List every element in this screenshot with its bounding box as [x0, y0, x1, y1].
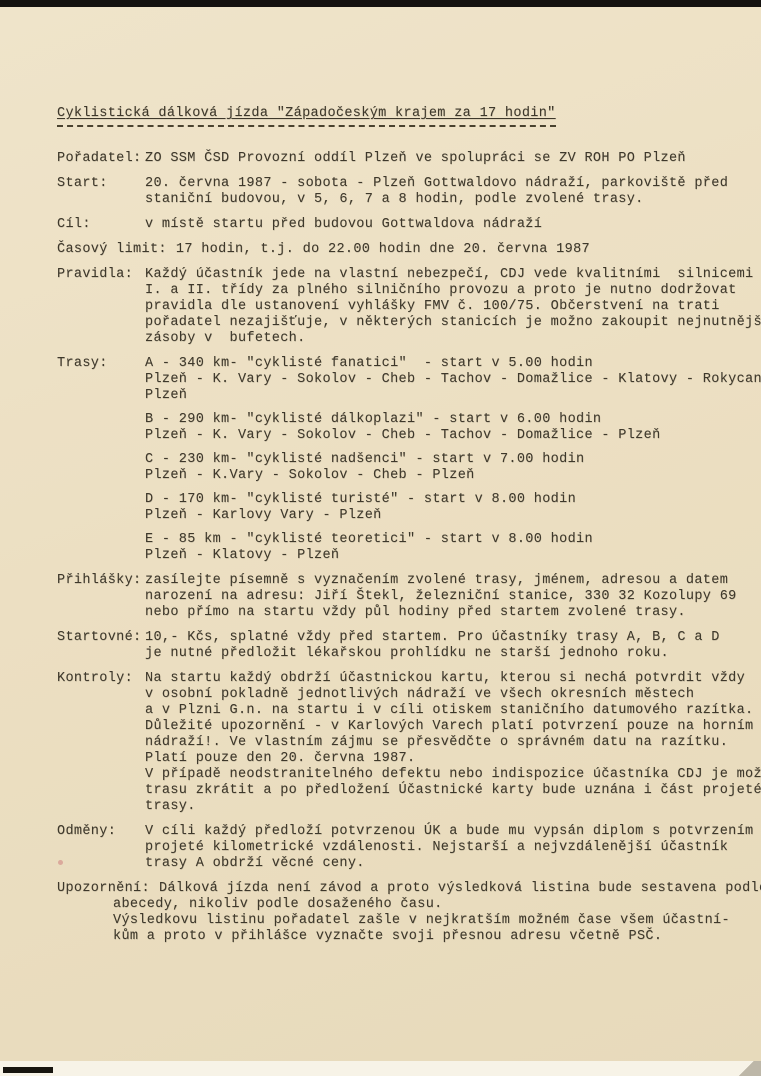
text-line: projeté kilometrické vzdálenosti. Nejsta…: [145, 840, 754, 856]
section-startovne: Startovné: 10,- Kčs, splatné vždy před s…: [57, 630, 725, 662]
section-kontroly: Kontroly: Na startu každý obdrží účastni…: [57, 671, 725, 815]
scanned-document-page: Cyklistická dálková jízda "Západočeským …: [57, 106, 725, 954]
text-line: I. a II. třídy za plného silničního prov…: [145, 283, 761, 299]
section-content-start: 20. června 1987 - sobota - Plzeň Gottwal…: [145, 176, 728, 208]
route-b-heading: B - 290 km- "cyklisté dálkoplazi" - star…: [145, 412, 761, 428]
route-c: C - 230 km- "cyklisté nadšenci" - start …: [145, 452, 761, 484]
route-e-heading: E - 85 km - "cyklisté teoretici" - start…: [145, 532, 761, 548]
section-content-trasy: A - 340 km- "cyklisté fanatici" - start …: [145, 356, 761, 564]
route-a-itinerary: Plzeň - K. Vary - Sokolov - Cheb - Tacho…: [145, 372, 761, 388]
text-line: V cíli každý předloží potvrzenou ÚK a bu…: [145, 824, 754, 840]
section-label-pravidla: Pravidla:: [57, 267, 145, 347]
text-line: Důležité upozornění - v Karlových Varech…: [145, 719, 761, 735]
text-line: zasílejte písemně s vyznačením zvolené t…: [145, 573, 737, 589]
section-content-kontroly: Na startu každý obdrží účastnickou kartu…: [145, 671, 761, 815]
section-label-kontroly: Kontroly:: [57, 671, 145, 815]
route-b: B - 290 km- "cyklisté dálkoplazi" - star…: [145, 412, 761, 444]
text-line: je nutné předložit lékařskou prohlídku n…: [145, 646, 725, 662]
text-line: 20. června 1987 - sobota - Plzeň Gottwal…: [145, 176, 728, 192]
route-a-itinerary-end: Plzeň: [145, 388, 761, 404]
section-cil: Cíl: v místě startu před budovou Gottwal…: [57, 217, 725, 233]
route-d: D - 170 km- "cyklisté turisté" - start v…: [145, 492, 761, 524]
route-d-heading: D - 170 km- "cyklisté turisté" - start v…: [145, 492, 761, 508]
section-prihlasky: Přihlášky: zasílejte písemně s vyznačení…: [57, 573, 725, 621]
text-line: nebo přímo na startu vždy půl hodiny pře…: [145, 605, 737, 621]
text-line: a v Plzni G.n. na startu i v cíli otiske…: [145, 703, 761, 719]
document-title: Cyklistická dálková jízda "Západočeským …: [57, 106, 556, 127]
route-a-heading: A - 340 km- "cyklisté fanatici" - start …: [145, 356, 761, 372]
route-b-itinerary: Plzeň - K. Vary - Sokolov - Cheb - Tacho…: [145, 428, 761, 444]
text-line: ZO SSM ČSD Provozní oddíl Plzeň ve spolu…: [145, 151, 725, 167]
text-line: nádraží!. Ve vlastním zájmu se přesvědčt…: [145, 735, 761, 751]
section-label-poradatel: Pořadatel:: [57, 151, 145, 167]
section-content-upozorneni: abecedy, nikoliv podle dosaženého času. …: [113, 897, 725, 945]
upozorneni-first-line: Dálková jízda není závod a proto výsledk…: [159, 881, 761, 896]
section-label-trasy: Trasy:: [57, 356, 145, 564]
section-content-pravidla: Každý účastník jede na vlastní nebezpečí…: [145, 267, 761, 347]
text-line: staniční budovou, v 5, 6, 7 a 8 hodin, p…: [145, 192, 728, 208]
section-label-start: Start:: [57, 176, 145, 208]
section-odmeny: Odměny: V cíli každý předloží potvrzenou…: [57, 824, 725, 872]
text-line: Upozornění:Dálková jízda není závod a pr…: [57, 881, 725, 897]
text-line: trasy.: [145, 799, 761, 815]
scan-edge-top: [0, 0, 761, 7]
route-c-heading: C - 230 km- "cyklisté nadšenci" - start …: [145, 452, 761, 468]
text-line: V případě neodstranitelného defektu nebo…: [145, 767, 761, 783]
route-c-itinerary: Plzeň - K.Vary - Sokolov - Cheb - Plzeň: [145, 468, 761, 484]
text-line: v místě startu před budovou Gottwaldova …: [145, 217, 725, 233]
section-content-cil: v místě startu před budovou Gottwaldova …: [145, 217, 725, 233]
casovy-limit-text: 17 hodin, t.j. do 22.00 hodin dne 20. če…: [176, 242, 590, 257]
section-label-prihlasky: Přihlášky:: [57, 573, 145, 621]
section-pravidla: Pravidla: Každý účastník jede na vlastní…: [57, 267, 725, 347]
route-d-itinerary: Plzeň - Karlovy Vary - Plzeň: [145, 508, 761, 524]
text-line: Platí pouze den 20. června 1987.: [145, 751, 761, 767]
section-trasy: Trasy: A - 340 km- "cyklisté fanatici" -…: [57, 356, 725, 564]
text-line: Každý účastník jede na vlastní nebezpečí…: [145, 267, 761, 283]
text-line: zásoby v bufetech.: [145, 331, 761, 347]
section-poradatel: Pořadatel: ZO SSM ČSD Provozní oddíl Plz…: [57, 151, 725, 167]
scan-strip-bottom: [0, 1061, 761, 1076]
section-content-poradatel: ZO SSM ČSD Provozní oddíl Plzeň ve spolu…: [145, 151, 725, 167]
section-label-odmeny: Odměny:: [57, 824, 145, 872]
text-line: kům a proto v přihlášce vyznačte svoji p…: [113, 929, 725, 945]
route-e: E - 85 km - "cyklisté teoretici" - start…: [145, 532, 761, 564]
text-line: pravidla dle ustanovení vyhlášky FMV č. …: [145, 299, 761, 315]
text-line: trasu zkrátit a po předložení Účastnické…: [145, 783, 761, 799]
route-e-itinerary: Plzeň - Klatovy - Plzeň: [145, 548, 761, 564]
scan-corner-bottom-right: [727, 1061, 761, 1076]
text-line: Výsledkovu listinu pořadatel zašle v nej…: [113, 913, 725, 929]
text-line: pořadatel nezajišťuje, v některých stani…: [145, 315, 761, 331]
section-start: Start: 20. června 1987 - sobota - Plzeň …: [57, 176, 725, 208]
text-line: abecedy, nikoliv podle dosaženého času.: [113, 897, 725, 913]
text-line: trasy A obdrží věcné ceny.: [145, 856, 754, 872]
text-line: Časový limit:17 hodin, t.j. do 22.00 hod…: [57, 242, 725, 258]
section-label-upozorneni: Upozornění:: [57, 881, 150, 896]
section-content-odmeny: V cíli každý předloží potvrzenou ÚK a bu…: [145, 824, 754, 872]
text-line: v osobní pokladně jednotlivých nádraží v…: [145, 687, 761, 703]
text-line: 10,- Kčs, splatné vždy před startem. Pro…: [145, 630, 725, 646]
scan-mark-bottom-left: [3, 1067, 53, 1073]
section-content-startovne: 10,- Kčs, splatné vždy před startem. Pro…: [145, 630, 725, 662]
section-label-casovy-limit: Časový limit:: [57, 242, 167, 257]
route-a: A - 340 km- "cyklisté fanatici" - start …: [145, 356, 761, 404]
text-line: Na startu každý obdrží účastnickou kartu…: [145, 671, 761, 687]
text-line: narození na adresu: Jiří Štekl, železnič…: [145, 589, 737, 605]
section-label-cil: Cíl:: [57, 217, 145, 233]
section-content-prihlasky: zasílejte písemně s vyznačením zvolené t…: [145, 573, 737, 621]
section-casovy-limit: Časový limit:17 hodin, t.j. do 22.00 hod…: [57, 242, 725, 258]
section-label-startovne: Startovné:: [57, 630, 145, 662]
section-upozorneni: Upozornění:Dálková jízda není závod a pr…: [57, 881, 725, 945]
